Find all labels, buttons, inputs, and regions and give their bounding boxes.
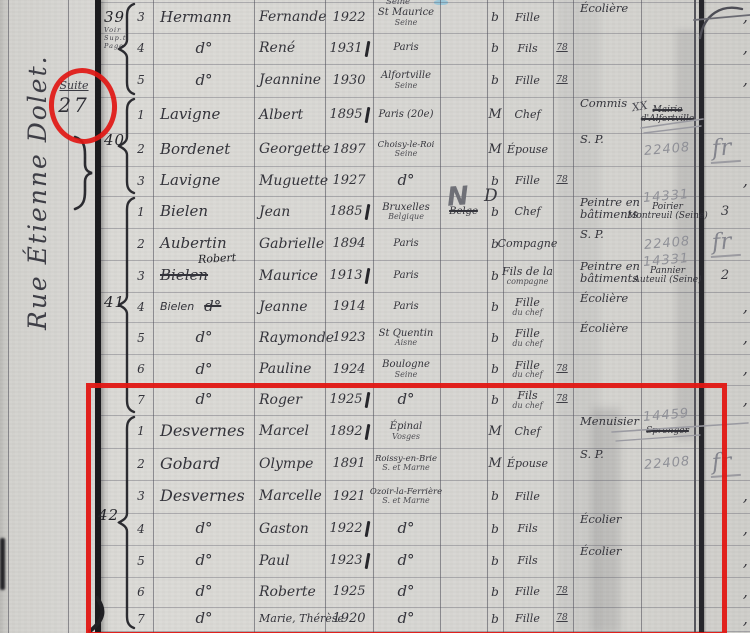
surname-cell: Hermann xyxy=(156,2,256,33)
profession-cell: Écolière xyxy=(576,2,644,33)
surname-cell: Lavigne xyxy=(156,166,256,196)
birthplace: Paris xyxy=(393,239,418,250)
birth-year: 1897 xyxy=(332,143,365,157)
first-name-cell: Raymonde xyxy=(255,322,329,354)
order-number: 3 xyxy=(137,175,145,188)
status-letter: M xyxy=(488,108,501,122)
birthplace-cell: St QuentinAisne xyxy=(374,322,438,354)
birthplace: Paris (20e) xyxy=(379,110,434,121)
relationship: Fils de la xyxy=(502,266,553,278)
status-letter: b xyxy=(491,206,499,219)
status-letter: b xyxy=(491,42,499,55)
birthplace-cell: AlfortvilleSeine xyxy=(374,64,438,97)
highlight-rectangle xyxy=(86,383,727,633)
birthplace: Paris xyxy=(393,271,418,282)
birthplace-cell: Paris xyxy=(374,260,438,292)
first-name-cell: Gabrielle xyxy=(255,228,329,260)
margin-mark: , xyxy=(743,488,748,505)
order-number-cell: 3 xyxy=(128,166,154,196)
birthplace: Paris xyxy=(393,43,418,54)
birthplace-cell: BoulogneSeine xyxy=(374,354,438,385)
first-name-cell: René xyxy=(255,33,329,64)
profession-line: Commis xyxy=(580,97,627,109)
surname-cell: Bielend° xyxy=(156,292,256,322)
birth-year-cell: 1924 xyxy=(327,354,371,385)
relationship: Fille xyxy=(515,75,540,87)
birth-year: 1913 xyxy=(329,269,362,283)
margin-mark-cell: , xyxy=(702,2,750,33)
birthplace-cell: St MauriceSeine xyxy=(374,2,438,33)
profession-cell: CommisXX xyxy=(576,97,644,133)
margin-mark: , xyxy=(743,553,748,570)
margin-mark-cell: , xyxy=(702,354,750,385)
register-row: 2AubertinGabrielle1894ParisbCompagneS. P… xyxy=(0,228,750,260)
birth-year: 1895 xyxy=(329,108,362,122)
status-letter: b xyxy=(491,11,499,24)
birthplace-cell: Paris xyxy=(374,33,438,64)
margin-mark-cell: fr xyxy=(702,228,748,260)
relationship: Fille xyxy=(515,328,540,340)
birthplace-cell: Choisy-le-RoiSeine xyxy=(374,133,438,166)
surname-cell: d° xyxy=(156,322,252,354)
birthplace-cell: BruxellesBelgique xyxy=(374,196,438,228)
status-letter-cell: b xyxy=(487,354,503,385)
order-number-cell: 5 xyxy=(128,322,154,354)
first-name-cell: Jean xyxy=(255,196,329,228)
margin-mark: , xyxy=(743,40,748,57)
relationship: Compagne xyxy=(498,238,558,250)
order-number-cell: 1 xyxy=(128,196,154,228)
first-name: Pauline xyxy=(259,362,311,377)
mark-78: 78 xyxy=(556,76,567,85)
birthplace: d° xyxy=(397,173,414,189)
employer-cell: Mairied'Alfortville xyxy=(641,97,694,133)
status-letter-cell: b xyxy=(487,64,503,97)
birth-year: 1885 xyxy=(329,205,362,219)
mark-78: 78 xyxy=(556,176,567,185)
relationship-cell: Compagne xyxy=(503,228,552,260)
relationship-sub: du chef xyxy=(512,371,542,379)
margin-mark-cell: , xyxy=(702,322,750,354)
order-number-cell: 2 xyxy=(128,133,154,166)
birthplace-cell: Paris xyxy=(374,228,438,260)
margin-mark-cell: 2 xyxy=(702,260,748,292)
first-name: Maurice xyxy=(259,269,318,284)
birth-year-cell: 1922 xyxy=(327,2,371,33)
birthplace: Paris xyxy=(393,302,418,313)
birth-year-cell: 1895 xyxy=(327,97,371,133)
mark-cell: 78 xyxy=(552,354,572,385)
birth-year: 1923 xyxy=(332,331,365,345)
first-name-cell: Muguette xyxy=(255,166,329,196)
relationship-cell: Fille xyxy=(503,166,552,196)
first-name: René xyxy=(259,41,295,56)
birth-year: 1927 xyxy=(332,174,365,188)
margin-mark-cell: , xyxy=(702,166,750,196)
mark-cell: 78 xyxy=(552,64,572,97)
order-number-cell: 1 xyxy=(128,97,154,133)
profession-cell: Écolière xyxy=(576,292,644,322)
margin-mark: 2 xyxy=(721,269,729,283)
birth-year: 1931 xyxy=(329,42,362,56)
birthplace-cell: Paris (20e) xyxy=(374,97,438,133)
status-letter-cell: b xyxy=(487,322,503,354)
birthplace-cell: d° xyxy=(374,166,438,196)
margin-mark-cell: 3 xyxy=(702,196,748,228)
ink-tick-mark xyxy=(364,107,370,123)
order-number: 2 xyxy=(137,143,145,156)
employer-cell: 22408 xyxy=(641,133,694,166)
status-letter-cell: b xyxy=(487,33,503,64)
order-number-cell: 6 xyxy=(128,354,154,385)
relationship-cell: Chef xyxy=(503,196,552,228)
relationship: Épouse xyxy=(507,144,548,156)
status-letter-cell: M xyxy=(487,97,503,133)
relationship-cell: Fils xyxy=(503,33,552,64)
order-number: 6 xyxy=(137,363,145,376)
profession-cell: Écolière xyxy=(576,322,644,354)
relationship-cell: Épouse xyxy=(503,133,552,166)
relationship: Fille xyxy=(515,175,540,187)
surname-cell: BielenRobert xyxy=(156,260,256,292)
employer-line: Auteuil (Seine) xyxy=(633,276,701,285)
status-letter-cell: b xyxy=(487,2,503,33)
order-number: 3 xyxy=(137,11,145,24)
relationship-cell: Chef xyxy=(503,97,552,133)
surname-cell: d° xyxy=(156,33,252,64)
birth-year-cell: 1923 xyxy=(327,322,371,354)
mark-cell: 78 xyxy=(552,166,572,196)
register-row: 1BielenJean1885BruxellesBelgiqueBelgebCh… xyxy=(0,196,750,228)
status-letter-cell: b xyxy=(487,292,503,322)
birthplace: St Maurice xyxy=(378,8,434,19)
surname-cell: Bielen xyxy=(156,196,256,228)
surname-ditto-struck: d° xyxy=(204,299,221,315)
surname: d° xyxy=(195,41,212,57)
order-number: 3 xyxy=(137,270,145,283)
margin-mark-cell: , xyxy=(702,33,750,64)
status-letter: b xyxy=(491,363,499,376)
margin-mark-cell: fr xyxy=(702,133,748,166)
profession-line: bâtiments xyxy=(580,272,638,284)
register-row: 3LavigneMuguette1927d°bFille78, xyxy=(0,166,750,196)
register-row: 6d°Pauline1924BoulogneSeinebFilledu chef… xyxy=(0,354,750,385)
first-name-cell: Jeanne xyxy=(255,292,329,322)
margin-mark: , xyxy=(743,299,748,316)
census-register-page: { "document": { "street_label": "Rue Éti… xyxy=(0,0,750,633)
birth-year: 1894 xyxy=(332,237,365,251)
ink-tick-mark xyxy=(364,204,370,220)
margin-mark-cell: , xyxy=(702,292,750,322)
birthplace-department: Seine xyxy=(395,371,418,379)
birth-year: 1914 xyxy=(332,300,365,314)
employer-line: d'Alfortville xyxy=(641,115,694,124)
birthplace-department: Aisne xyxy=(395,339,417,347)
order-number: 4 xyxy=(137,301,145,314)
first-name: Raymonde xyxy=(259,331,334,346)
birth-year-cell: 1894 xyxy=(327,228,371,260)
surname-cell: d° xyxy=(156,354,252,385)
margin-mark: , xyxy=(743,72,748,89)
first-name: Muguette xyxy=(259,174,328,189)
birthplace: Alfortville xyxy=(381,71,431,82)
margin-mark: , xyxy=(743,361,748,378)
birthplace-department: Belgique xyxy=(388,213,424,221)
status-letter: b xyxy=(491,301,499,314)
order-number-cell: 3 xyxy=(128,2,154,33)
birth-year-cell: 1885 xyxy=(327,196,371,228)
order-number-cell: 3 xyxy=(128,260,154,292)
birth-year: 1930 xyxy=(332,74,365,88)
relationship: Fils xyxy=(517,43,537,55)
relationship-cell: Filledu chef xyxy=(503,322,552,354)
first-name-cell: Jeannine xyxy=(255,64,329,97)
order-number: 1 xyxy=(137,206,145,219)
order-number-cell: 2 xyxy=(128,228,154,260)
surname: Lavigne xyxy=(160,107,220,123)
first-name: Fernande xyxy=(259,10,327,25)
surname: d° xyxy=(195,73,212,89)
employer-cell: PannierAuteuil (Seine)14331 xyxy=(641,260,694,292)
surname-cell: Bordenet xyxy=(156,133,256,166)
first-name-cell: Maurice xyxy=(255,260,329,292)
mark-78: 78 xyxy=(556,44,567,53)
status-letter: M xyxy=(488,143,501,157)
register-row: 4d°René1931ParisbFils78, xyxy=(0,33,750,64)
order-number-cell: 4 xyxy=(128,292,154,322)
register-row: 5d°Raymonde1923St QuentinAisnebFilledu c… xyxy=(0,322,750,354)
status-letter: b xyxy=(491,332,499,345)
mark-78: 78 xyxy=(556,365,567,374)
surname-correction: Robert xyxy=(198,252,237,266)
relationship: Chef xyxy=(514,206,540,218)
margin-mark: , xyxy=(743,173,748,190)
register-row: 3HermannFernande1922St MauriceSeinebFill… xyxy=(0,2,750,33)
birth-year-cell: 1927 xyxy=(327,166,371,196)
birth-year-cell: 1914 xyxy=(327,292,371,322)
first-name: Albert xyxy=(259,108,303,123)
order-number-cell: 4 xyxy=(128,33,154,64)
pencil-fr-mark: fr xyxy=(709,229,740,258)
birthplace-department: Seine xyxy=(395,150,418,158)
first-name-cell: Fernande xyxy=(255,2,329,33)
profession-line: S. P. xyxy=(580,228,604,240)
margin-mark: , xyxy=(743,521,748,538)
relationship-sub: du chef xyxy=(512,309,542,317)
first-name-cell: Albert xyxy=(255,97,329,133)
birthplace-department: Seine xyxy=(395,19,418,27)
pencil-fr-mark: fr xyxy=(709,135,740,164)
birth-year: 1922 xyxy=(332,11,365,25)
profession-line: Écolière xyxy=(580,2,628,14)
register-row: 3BielenRobertMaurice1913ParisbFils de la… xyxy=(0,260,750,292)
first-name-cell: Pauline xyxy=(255,354,329,385)
surname: d° xyxy=(195,362,212,378)
birth-year-cell: 1897 xyxy=(327,133,371,166)
relationship-cell: Fille xyxy=(503,64,552,97)
status-letter-cell: M xyxy=(487,133,503,166)
order-number: 1 xyxy=(137,109,145,122)
register-row: 2BordenetGeorgette1897Choisy-le-RoiSeine… xyxy=(0,133,750,166)
first-name: Jean xyxy=(259,205,290,220)
surname: Bielen xyxy=(160,301,194,313)
birth-year-cell: 1930 xyxy=(327,64,371,97)
surname-cell: d° xyxy=(156,64,252,97)
profession-line: Écolière xyxy=(580,322,628,334)
pencil-number: 22408 xyxy=(644,141,691,159)
margin-mark: 3 xyxy=(721,205,729,219)
register-row: 4Bielend°Jeanne1914ParisbFilledu chefÉco… xyxy=(0,292,750,322)
margin-mark: , xyxy=(743,584,748,601)
profession-cell: S. P. xyxy=(576,228,644,260)
employer-cell: PoirierMontreuil (Seine)14331 xyxy=(641,196,694,228)
ink-tick-mark xyxy=(364,268,370,284)
first-name: Gabrielle xyxy=(259,237,324,252)
first-name-cell: Georgette xyxy=(255,133,329,166)
profession-cell: S. P. xyxy=(576,133,644,166)
relationship: Chef xyxy=(514,109,540,121)
relationship: Fille xyxy=(515,12,540,24)
employer-line: Montreuil (Seine) xyxy=(627,212,708,221)
first-name: Jeanne xyxy=(259,300,308,315)
birthplace: Boulogne xyxy=(382,360,430,371)
relationship-cell: Filledu chef xyxy=(503,354,552,385)
first-name: Jeannine xyxy=(259,73,321,88)
relationship-cell: Fille xyxy=(503,2,552,33)
surname-cell: Lavigne xyxy=(156,97,256,133)
status-letter: b xyxy=(491,270,499,283)
surname: Aubertin xyxy=(160,236,227,252)
profession-line: Écolière xyxy=(580,292,628,304)
order-number-cell: 5 xyxy=(128,64,154,97)
surname: Lavigne xyxy=(160,173,220,189)
margin-mark-cell: , xyxy=(702,64,750,97)
first-name: Georgette xyxy=(259,142,330,157)
relationship-cell: Filledu chef xyxy=(503,292,552,322)
order-number: 5 xyxy=(137,332,145,345)
margin-mark: , xyxy=(743,611,748,628)
birth-year: 1924 xyxy=(332,363,365,377)
status-letter-cell: b xyxy=(487,260,503,292)
mark-cell: 78 xyxy=(552,33,572,64)
relationship-sub: du chef xyxy=(512,340,542,348)
surname: Bordenet xyxy=(160,142,230,158)
surname: d° xyxy=(195,330,212,346)
pencil-D-annotation: D xyxy=(484,186,498,206)
surname: Bielen xyxy=(160,268,208,284)
margin-mark: , xyxy=(743,330,748,347)
relationship-cell: Fils de lacompagne xyxy=(503,260,552,292)
birthplace-department: Seine xyxy=(395,82,418,90)
status-letter: b xyxy=(491,74,499,87)
birthplace-cell: Paris xyxy=(374,292,438,322)
surname: Hermann xyxy=(160,10,232,26)
profession-line: S. P. xyxy=(580,133,604,145)
order-number: 2 xyxy=(137,238,145,251)
margin-mark: , xyxy=(743,392,748,409)
relationship: Fille xyxy=(515,297,540,309)
surname: Bielen xyxy=(160,204,208,220)
margin-mark: , xyxy=(743,9,748,26)
order-number: 5 xyxy=(137,74,145,87)
order-number: 4 xyxy=(137,42,145,55)
ink-tick-mark xyxy=(364,40,370,56)
relationship-sub: compagne xyxy=(507,278,549,286)
pencil-N-annotation: N xyxy=(446,181,470,212)
birth-year-cell: 1913 xyxy=(327,260,371,292)
pencil-number: 22408 xyxy=(644,235,691,253)
birth-year-cell: 1931 xyxy=(327,33,371,64)
